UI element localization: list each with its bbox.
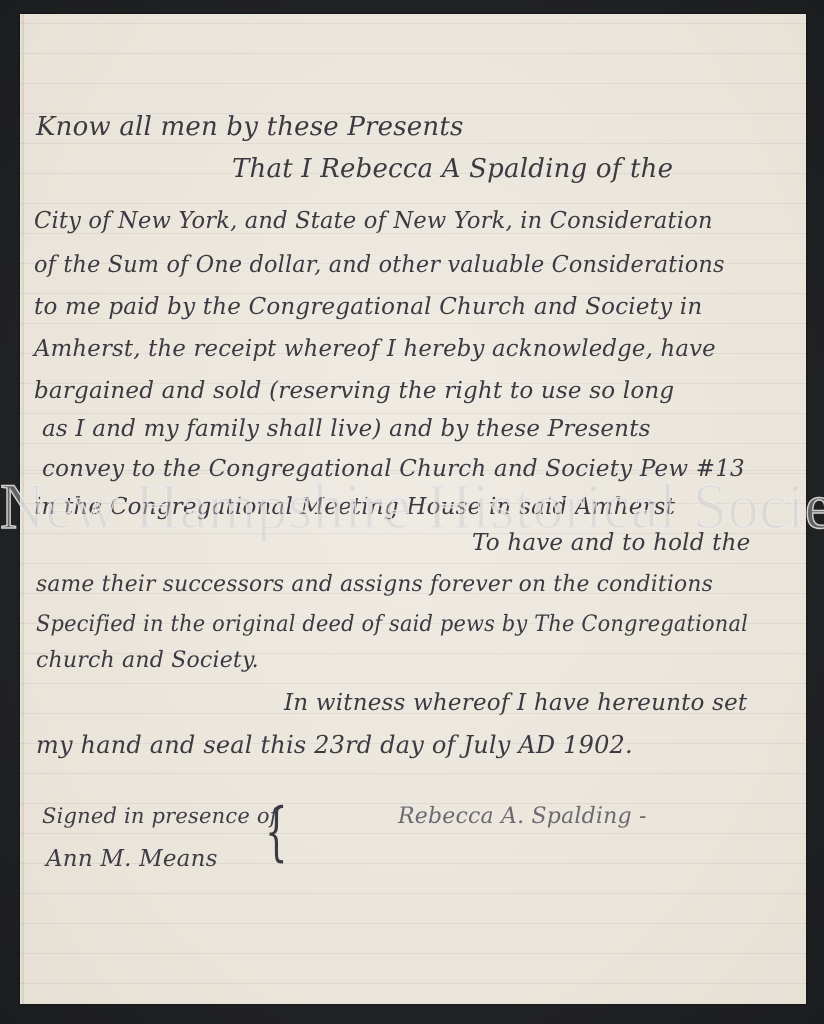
deed-line-testimonium: In witness whereof I have hereunto set <box>284 688 747 718</box>
witness-brace-icon: { <box>265 800 287 864</box>
deed-line-family: as I and my family shall live) and by th… <box>42 414 651 444</box>
deed-line-salutation: Know all men by these Presents <box>36 112 464 142</box>
deed-line-meeting-house: in the Congregational Meeting House in s… <box>34 492 675 522</box>
witness-name: Ann M. Means <box>46 846 218 872</box>
grantor-signature: Rebecca A. Spalding - <box>398 804 647 829</box>
deed-line-date: my hand and seal this 23rd day of July A… <box>36 730 633 760</box>
witness-label: Signed in presence of <box>42 804 278 828</box>
deed-line-receipt: Amherst, the receipt whereof I hereby ac… <box>34 334 716 364</box>
deed-line-specified: Specified in the original deed of said p… <box>36 610 748 640</box>
paper-edge-crease <box>22 14 24 1004</box>
deed-line-church-society: church and Society. <box>36 646 259 676</box>
deed-line-grantor: That I Rebecca A Spalding of the <box>232 154 673 184</box>
deed-line-reservation: bargained and sold (reserving the right … <box>34 376 674 406</box>
deed-line-habendum: To have and to hold the <box>472 528 750 558</box>
deed-paper: Know all men by these Presents That I Re… <box>20 14 806 1004</box>
deed-line-residence: City of New York, and State of New York,… <box>34 206 713 236</box>
deed-line-consideration: of the Sum of One dollar, and other valu… <box>34 250 725 280</box>
deed-line-successors: same their successors and assigns foreve… <box>36 570 713 600</box>
deed-line-payer: to me paid by the Congregational Church … <box>34 292 702 322</box>
deed-line-conveyance: convey to the Congregational Church and … <box>42 454 745 484</box>
